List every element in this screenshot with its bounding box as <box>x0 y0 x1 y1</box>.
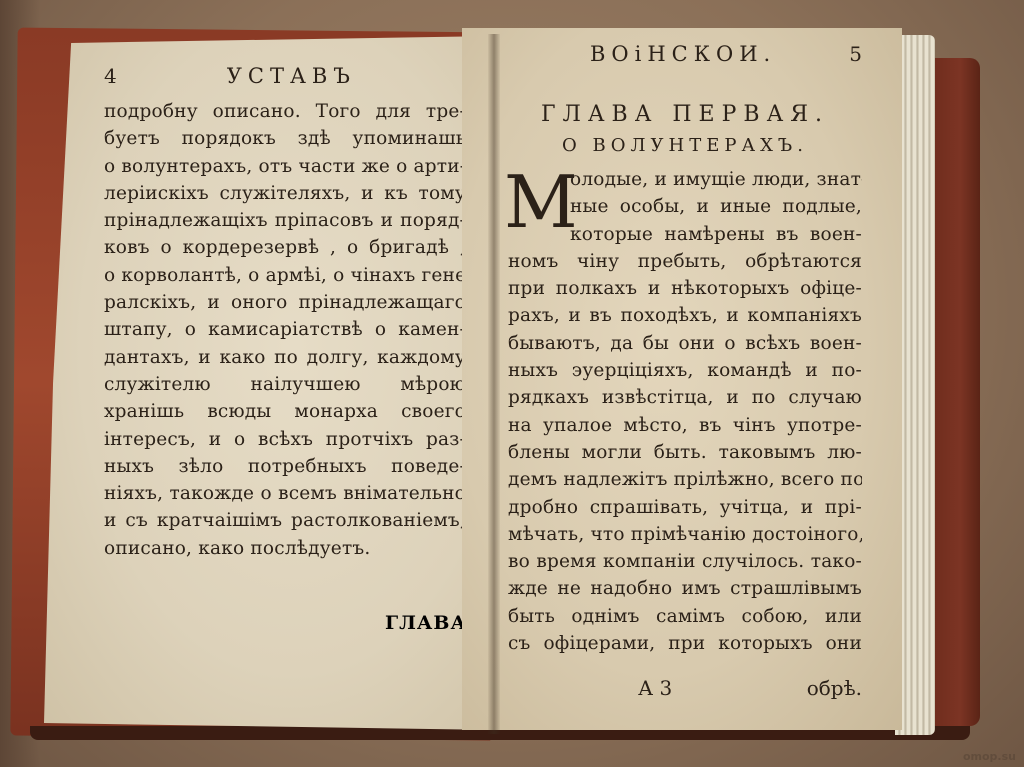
text-line: быть однiмъ самiмъ собою, или <box>508 603 862 630</box>
text-line: номъ чiну пребыть, обрѣтаются <box>508 248 862 275</box>
running-head-title-right: ВОiНСКОИ. <box>590 42 776 66</box>
text-line: ралскiхъ, и оного прiнадлежащаго <box>104 289 466 316</box>
text-line: дробно спрашiвать, учiтца, и прi- <box>508 494 862 521</box>
right-page-footer: А 3 обрѣ. <box>508 676 862 700</box>
text-line: рахъ, и въ походѣхъ, и компанiяхъ <box>508 302 862 329</box>
text-line: лерiискiхъ служiтеляхъ, и къ тому <box>104 180 466 207</box>
text-line: мѣчать, что прiмѣчанiю достоiного, <box>508 521 862 548</box>
text-line: бываютъ, да бы они о всѣхъ воен- <box>508 330 862 357</box>
right-page: ВОiНСКОИ. 5 ГЛАВА ПЕРВАЯ. О ВОЛУНТЕРАХЪ.… <box>462 28 902 730</box>
text-line: ковъ о кордерезервѣ , о бригадѣ , <box>104 234 466 261</box>
page-number-right: 5 <box>849 42 862 66</box>
text-line: и съ кратчаiшiмъ растолкованiемъ, <box>104 507 466 534</box>
text-line: о корволантѣ, о армѣi, о чiнахъ гене- <box>104 262 466 289</box>
left-page-body: подробну описано. Того для тре- буетъ по… <box>104 98 466 562</box>
text-line: рядкахъ извѣстiтца, и по случаю <box>508 384 862 411</box>
text-line: жде не надобно имъ страшлiвымъ <box>508 575 862 602</box>
text-line: на упалое мѣсто, въ чiнъ употре- <box>508 412 862 439</box>
text-line: служiтелю наiлучшею мѣрою <box>104 371 466 398</box>
text-line: съ офiцерами, при которыхъ они <box>508 630 862 657</box>
text-line: ныхъ зѣло потребныхъ поведе- <box>104 453 466 480</box>
printer-signature: А 3 <box>638 676 672 700</box>
chapter-title: ГЛАВА ПЕРВАЯ. <box>508 102 862 127</box>
left-running-head: 4 УСТАВЪ <box>104 64 466 98</box>
text-line: при полкахъ и нѣкоторыхъ офiце- <box>508 275 862 302</box>
right-catchword: обрѣ. <box>807 676 862 700</box>
text-line: дантахъ, и како по долгу, каждому <box>104 344 466 371</box>
left-catchword: ГЛАВА <box>385 612 467 634</box>
text-line: буетъ порядокъ здѣ упоминашь <box>104 125 466 152</box>
text-line: блены могли быть. таковымъ лю- <box>508 439 862 466</box>
drop-cap: М <box>504 166 578 238</box>
text-line: описано, како послѣдуетъ. <box>104 535 466 562</box>
text-line: во время компанiи случiлось. тако- <box>508 548 862 575</box>
text-line: хранiшь всюды монарха своего <box>104 398 466 425</box>
text-line: о волунтерахъ, отъ части же о арти- <box>104 153 466 180</box>
right-page-body: М олодые, и имущiе люди, знат- ные особы… <box>508 166 862 657</box>
text-line: нiяхъ, такожде о всемъ внiмательно <box>104 480 466 507</box>
watermark: omop.su <box>963 750 1016 763</box>
right-running-head: ВОiНСКОИ. 5 <box>508 42 862 76</box>
text-line: ныхъ эуерцiцiяхъ, командѣ и по- <box>508 357 862 384</box>
text-line: iнтересъ, и о всѣхъ протчiхъ раз- <box>104 426 466 453</box>
text-line: прiнадлежащiхъ прiпасовъ и поряд- <box>104 207 466 234</box>
text-line: демъ надлежiтъ прiлѣжно, всего по- <box>508 466 862 493</box>
running-head-title-left: УСТАВЪ <box>227 64 356 88</box>
chapter-subtitle: О ВОЛУНТЕРАХЪ. <box>508 135 862 156</box>
text-line: подробну описано. Того для тре- <box>104 98 466 125</box>
page-number-left: 4 <box>104 64 117 88</box>
book-cover-right <box>930 58 980 726</box>
book-gutter <box>488 34 500 734</box>
text-line: штапу, о камисарiатствѣ о камен- <box>104 316 466 343</box>
